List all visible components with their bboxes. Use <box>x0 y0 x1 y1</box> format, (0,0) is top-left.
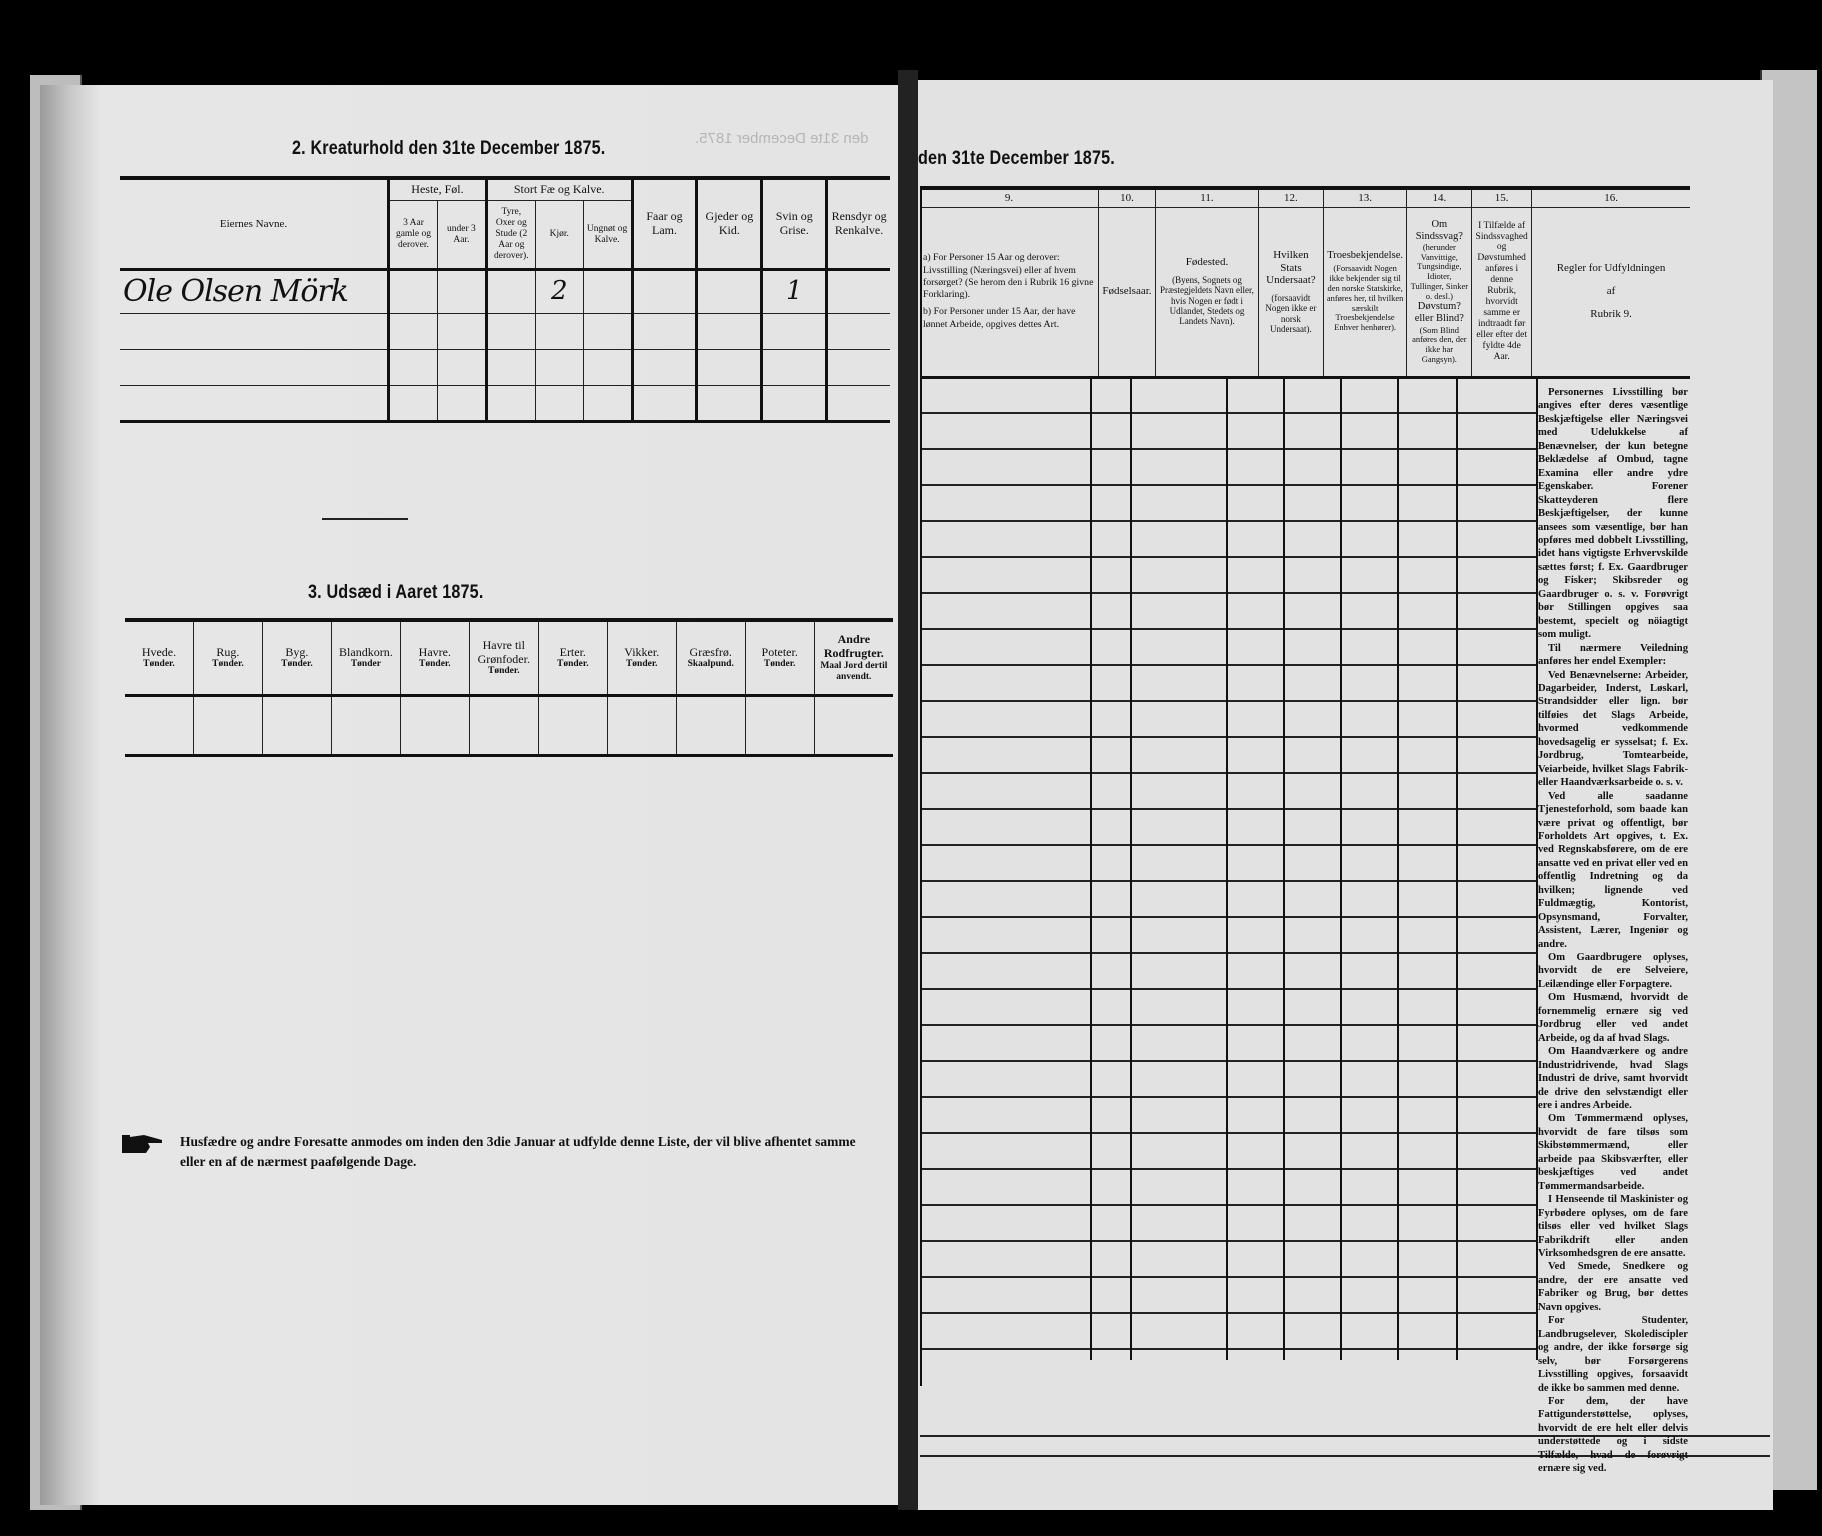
col-10-header: Fødselsaar. <box>1099 207 1156 377</box>
cell-pigs: 1 <box>762 270 827 314</box>
cell-reindeer <box>827 270 890 314</box>
grid-line <box>1340 378 1342 1360</box>
person-table: 9. 10. 11. 12. 13. 14. 15. 16. a) For Pe… <box>920 186 1690 379</box>
rule-paragraph: For dem, der have Fattigunderstøttelse, … <box>1538 1395 1688 1476</box>
col-15-header: I Tilfælde af Sindssvaghed og Døvstumhed… <box>1472 207 1532 377</box>
cell-cattle-young <box>583 270 632 314</box>
pointing-hand-icon <box>122 1133 164 1155</box>
col-9-number: 9. <box>920 188 1099 207</box>
rule-paragraph: Om Haandværkere og andre Industridrivend… <box>1538 1045 1688 1112</box>
col-sheep: Faar og Lam. <box>632 178 697 270</box>
grid-line <box>1226 378 1228 1360</box>
rule-paragraph: Om Husmænd, hvorvidt de fornemmelig ernæ… <box>1538 991 1688 1045</box>
separator-line <box>322 518 408 520</box>
col-14-number: 14. <box>1407 188 1472 207</box>
rule-paragraph: Om Tømmermænd oplyses, hvorvidt de fare … <box>1538 1112 1688 1193</box>
col-grass-seed: Græsfrø.Skaalpund. <box>676 620 745 696</box>
rule-paragraph: I Henseende til Maskinister og Fyrbødere… <box>1538 1193 1688 1260</box>
col-other-roots: Andre Rodfrugter.Maal Jord dertil anvend… <box>814 620 893 696</box>
col-cattle-group: Stort Fæ og Kalve. <box>486 178 632 201</box>
col-11-header: Fødested. (Byens, Sognets og Præstegjeld… <box>1155 207 1258 377</box>
column-header-row: a) For Personer 15 Aar og derover: Livss… <box>920 207 1690 377</box>
owner-name-cell <box>120 314 389 350</box>
table-row <box>120 350 890 386</box>
table-row <box>120 386 890 422</box>
col-15-number: 15. <box>1472 188 1532 207</box>
col-oats: Havre.Tønder. <box>400 620 469 696</box>
col-horses-group: Heste, Føl. <box>389 178 487 201</box>
table-row <box>120 314 890 350</box>
col-cattle-young: Ungnøt og Kalve. <box>583 201 632 270</box>
person-rows-grid <box>920 378 1538 1358</box>
col-16-header: Regler for Udfyldningen af Rubrik 9. <box>1532 207 1690 377</box>
owner-name-cell <box>120 350 389 386</box>
cell-cattle-cows: 2 <box>535 270 583 314</box>
owner-name-cell <box>120 386 389 422</box>
col-14-header: Om Sindssvag? (herunder Vanvittige, Tung… <box>1407 207 1472 377</box>
sowing-table: Hvede.Tønder. Rug.Tønder. Byg.Tønder. Bl… <box>125 618 893 757</box>
page-border-line <box>920 186 922 1386</box>
col-16-number: 16. <box>1532 188 1690 207</box>
right-page-title: den 31te December 1875. <box>918 148 1115 170</box>
col-oats-fodder: Havre til Grønfoder.Tønder. <box>469 620 538 696</box>
col-13-number: 13. <box>1323 188 1407 207</box>
section3-title: 3. Udsæd i Aaret 1875. <box>308 582 483 604</box>
book-spine <box>898 70 918 1510</box>
cell-goats <box>697 270 762 314</box>
col-owner-header: Eiernes Navne. <box>120 178 389 270</box>
owner-name-cell: Ole Olsen Mörk <box>120 270 389 314</box>
notice-text: Husfædre og andre Foresatte anmodes om i… <box>180 1134 856 1169</box>
cell-horses-3plus <box>389 270 438 314</box>
cell-horses-under3 <box>437 270 486 314</box>
col-horses-3plus: 3 Aar gamle og derover. <box>389 201 438 270</box>
rule-paragraph: Ved Smede, Snedkere og andre, der ere an… <box>1538 1260 1688 1314</box>
col-11-number: 11. <box>1155 188 1258 207</box>
livestock-table: Eiernes Navne. Heste, Føl. Stort Fæ og K… <box>120 176 890 423</box>
grid-line <box>1397 378 1399 1360</box>
rule-paragraph: Personernes Livsstilling bør angives eft… <box>1538 386 1688 642</box>
sowing-header-row: Hvede.Tønder. Rug.Tønder. Byg.Tønder. Bl… <box>125 620 893 696</box>
col-reindeer: Rensdyr og Renkalve. <box>827 178 890 270</box>
bottom-shadow <box>0 1510 1822 1536</box>
col-rye: Rug.Tønder. <box>193 620 262 696</box>
col-13-header: Troesbekjendelse. (Forsaavidt Nogen ikke… <box>1323 207 1407 377</box>
column-number-row: 9. 10. 11. 12. 13. 14. 15. 16. <box>920 188 1690 207</box>
col-barley: Byg.Tønder. <box>262 620 331 696</box>
rule-paragraph: Ved alle saadanne Tjenesteforhold, som b… <box>1538 790 1688 951</box>
rule-paragraph: Om Gaardbrugere oplyses, hvorvidt de ere… <box>1538 951 1688 991</box>
grid-line <box>1283 378 1285 1360</box>
col-12-header: Hvilken Stats Undersaat? (forsaavidt Nog… <box>1259 207 1324 377</box>
col-horses-under3: under 3 Aar. <box>437 201 486 270</box>
cell-cattle-bulls <box>486 270 535 314</box>
grid-line <box>1130 378 1132 1360</box>
grid-line <box>1090 378 1092 1360</box>
col-cattle-cows: Kjør. <box>535 201 583 270</box>
rubrik9-rules: Personernes Livsstilling bør angives eft… <box>1538 386 1688 1476</box>
bleed-through-header: den 31te December 1875. <box>695 130 868 147</box>
col-10-number: 10. <box>1099 188 1156 207</box>
col-wheat: Hvede.Tønder. <box>125 620 193 696</box>
col-cattle-bulls: Tyre, Oxer og Stude (2 Aar og derover). <box>486 201 535 270</box>
col-pigs: Svin og Grise. <box>762 178 827 270</box>
col-peas: Erter.Tønder. <box>538 620 607 696</box>
table-row: Ole Olsen Mörk 2 1 <box>120 270 890 314</box>
rule-paragraph: For Studenter, Landbrugselever, Skoledis… <box>1538 1314 1688 1395</box>
grid-line <box>1456 378 1458 1360</box>
col-vetch: Vikker.Tønder. <box>607 620 676 696</box>
table-row <box>125 696 893 756</box>
col-mixed-grain: Blandkorn.Tønder <box>331 620 400 696</box>
col-goats: Gjeder og Kid. <box>697 178 762 270</box>
col-potatoes: Poteter.Tønder. <box>745 620 814 696</box>
instruction-notice: Husfædre og andre Foresatte anmodes om i… <box>180 1132 880 1173</box>
cell-sheep <box>632 270 697 314</box>
rule-paragraph: Ved Benævnelserne: Arbeider, Dagarbeider… <box>1538 669 1688 790</box>
rule-paragraph: Til nærmere Veiledning anføres her endel… <box>1538 642 1688 669</box>
section2-title: 2. Kreaturhold den 31te December 1875. <box>292 138 605 160</box>
col-12-number: 12. <box>1259 188 1324 207</box>
col-9-header: a) For Personer 15 Aar og derover: Livss… <box>920 207 1099 377</box>
